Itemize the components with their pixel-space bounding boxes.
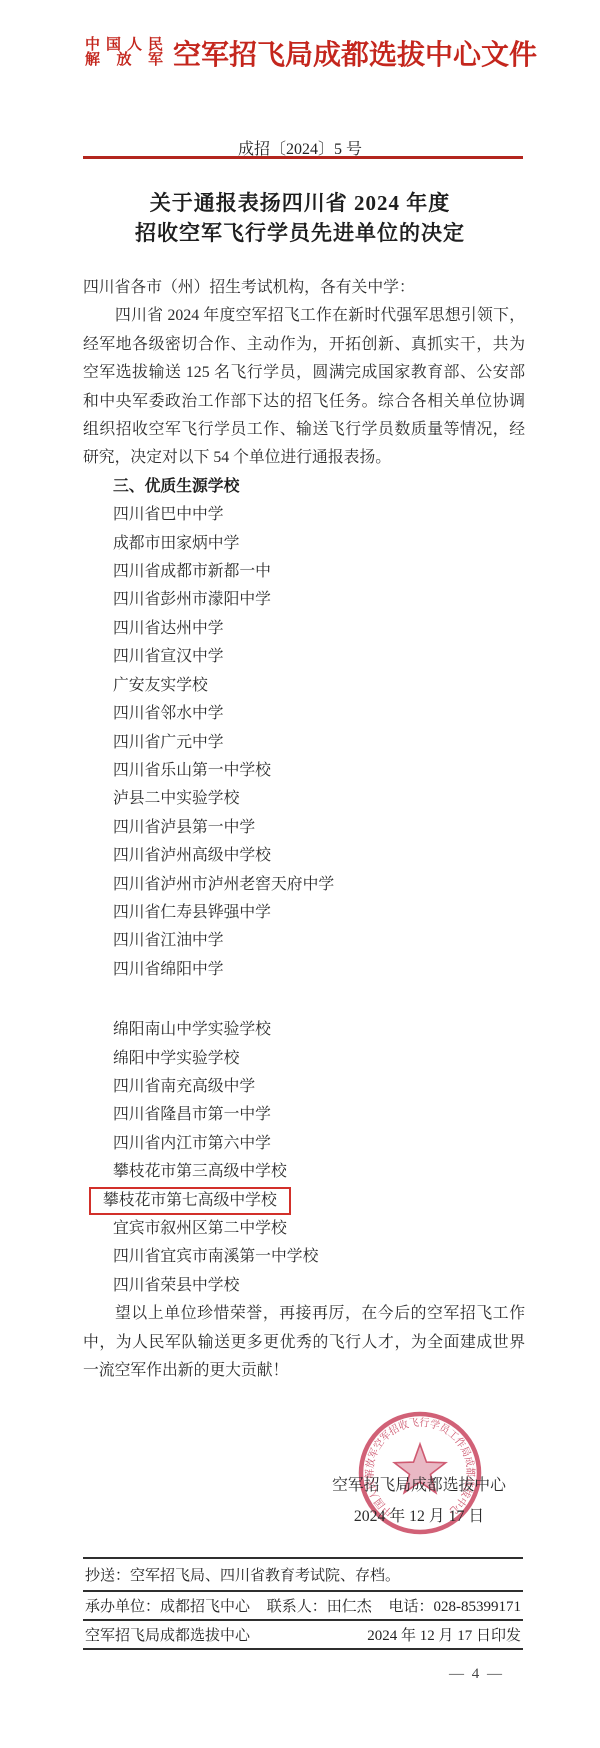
school-item: 四川省宜宾市南溪第一中学校: [83, 1243, 525, 1271]
signature-org: 空军招飞局成都选拔中心: [319, 1476, 519, 1496]
undertaker-cell: 承办单位：成都招飞中心: [85, 1595, 250, 1616]
school-item: 四川省成都市新都一中: [83, 558, 525, 586]
title-line-1: 关于通报表扬四川省 2024 年度: [0, 188, 600, 218]
section-heading: 三、优质生源学校: [83, 473, 525, 501]
red-divider: [83, 156, 523, 159]
copy-row: 抄送：空军招飞局、四川省教育考试院、存档。: [83, 1557, 523, 1592]
document-title: 关于通报表扬四川省 2024 年度 招收空军飞行学员先进单位的决定: [0, 188, 600, 248]
school-item: 四川省广元中学: [83, 729, 525, 757]
phone-cell: 电话：028-85399171: [389, 1595, 522, 1616]
school-item: 宜宾市叙州区第二中学校: [83, 1215, 525, 1243]
contact-cell: 联系人：田仁杰: [267, 1595, 372, 1616]
body-paragraph: 四川省 2024 年度空军招飞工作在新时代强军思想引领下，经军地各级密切合作、主…: [83, 302, 525, 472]
issue-row: 空军招飞局成都选拔中心 2024 年 12 月 17 日印发: [83, 1621, 523, 1650]
title-line-2: 招收空军飞行学员先进单位的决定: [0, 218, 600, 248]
school-list-2: 绵阳南山中学实验学校绵阳中学实验学校四川省南充高级中学四川省隆昌市第一中学四川省…: [83, 1016, 525, 1300]
org-line-2: 解放军: [85, 53, 163, 68]
list-gap: [83, 984, 525, 1016]
page-number: — 4 —: [449, 1666, 504, 1683]
issuer-cell: 空军招飞局成都选拔中心: [85, 1624, 250, 1645]
school-item: 四川省彭州市濛阳中学: [83, 586, 525, 614]
salutation: 四川省各市（州）招生考试机构，各有关中学：: [83, 274, 525, 302]
footer: 抄送：空军招飞局、四川省教育考试院、存档。 承办单位：成都招飞中心 联系人：田仁…: [83, 1557, 523, 1650]
school-item: 攀枝花市第七高级中学校: [83, 1187, 525, 1215]
school-item: 泸县二中实验学校: [83, 785, 525, 813]
document-page: 中国人民 解放军 空军招飞局成都选拔中心文件 成招〔2024〕5 号 关于通报表…: [0, 0, 600, 1748]
signature-date: 2024 年 12 月 17 日: [319, 1507, 519, 1527]
school-item: 四川省荣县中学校: [83, 1272, 525, 1300]
school-item: 绵阳中学实验学校: [83, 1045, 525, 1073]
school-item: 绵阳南山中学实验学校: [83, 1016, 525, 1044]
document-body: 四川省各市（州）招生考试机构，各有关中学： 四川省 2024 年度空军招飞工作在…: [83, 274, 525, 1385]
school-item: 四川省江油中学: [83, 927, 525, 955]
org-line-1: 中国人民: [85, 38, 163, 53]
letterhead: 中国人民 解放军 空军招飞局成都选拔中心文件: [85, 33, 537, 73]
school-item: 广安友实学校: [83, 672, 525, 700]
highlighted-school-box: 攀枝花市第七高级中学校: [89, 1187, 291, 1215]
signature-block: 空军招飞局成都选拔中心 2024 年 12 月 17 日: [319, 1476, 519, 1527]
issue-date-cell: 2024 年 12 月 17 日印发: [367, 1624, 521, 1645]
school-item: 四川省泸州高级中学校: [83, 842, 525, 870]
school-item: 四川省泸州市泸州老窖天府中学: [83, 871, 525, 899]
school-item: 四川省仁寿县铧强中学: [83, 899, 525, 927]
school-item: 成都市田家炳中学: [83, 530, 525, 558]
school-item: 四川省绵阳中学: [83, 956, 525, 984]
school-item: 四川省南充高级中学: [83, 1073, 525, 1101]
school-list-1: 四川省巴中中学成都市田家炳中学四川省成都市新都一中四川省彭州市濛阳中学四川省达州…: [83, 501, 525, 984]
school-item: 四川省巴中中学: [83, 501, 525, 529]
school-item: 四川省乐山第一中学校: [83, 757, 525, 785]
school-item: 四川省隆昌市第一中学: [83, 1101, 525, 1129]
closing-paragraph: 望以上单位珍惜荣誉，再接再厉，在今后的空军招飞工作中，为人民军队输送更多更优秀的…: [83, 1300, 525, 1385]
school-item: 四川省宣汉中学: [83, 643, 525, 671]
undertaker-row: 承办单位：成都招飞中心 联系人：田仁杰 电话：028-85399171: [83, 1592, 523, 1621]
school-item: 四川省达州中学: [83, 615, 525, 643]
school-item: 四川省泸县第一中学: [83, 814, 525, 842]
school-item: 四川省内江市第六中学: [83, 1130, 525, 1158]
org-name-small: 中国人民 解放军: [85, 38, 163, 68]
school-item: 四川省邻水中学: [83, 700, 525, 728]
school-item: 攀枝花市第三高级中学校: [83, 1158, 525, 1186]
letterhead-title: 空军招飞局成都选拔中心文件: [173, 33, 537, 73]
